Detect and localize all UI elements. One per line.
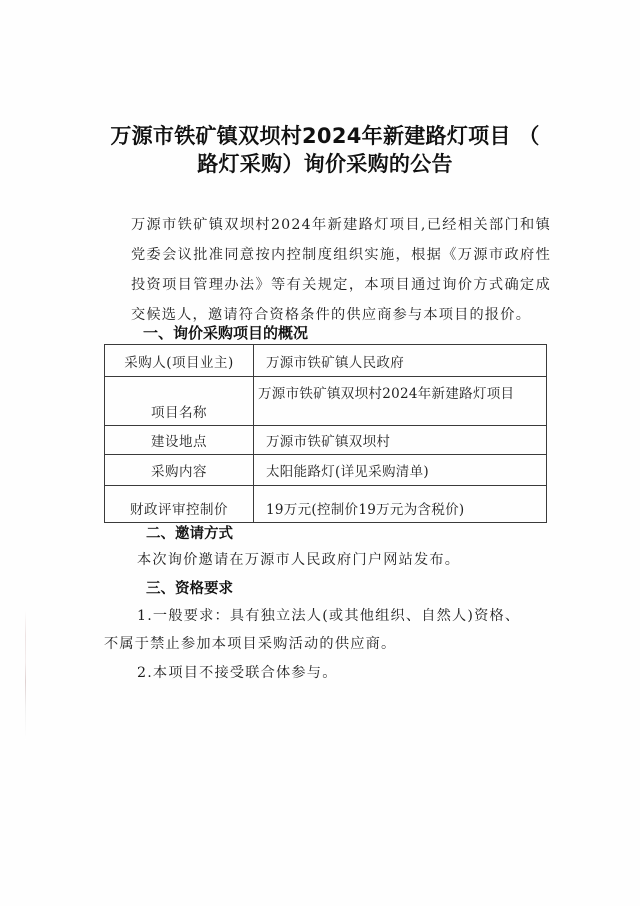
table-row: 项目名称 万源市铁矿镇双坝村2024年新建路灯项目 bbox=[105, 377, 547, 426]
table-value-project-name: 万源市铁矿镇双坝村2024年新建路灯项目 bbox=[254, 377, 547, 426]
document-page: 万源市铁矿镇双坝村2024年新建路灯项目 （ 路灯采购）询价采购的公告 万源市铁… bbox=[0, 0, 640, 906]
document-title: 万源市铁矿镇双坝村2024年新建路灯项目 （ 路灯采购）询价采购的公告 bbox=[100, 122, 550, 178]
intro-paragraph-text: 万源市铁矿镇双坝村2024年新建路灯项目,已经相关部门和镇党委会议批准同意按内控… bbox=[103, 210, 551, 330]
table-row: 采购内容 太阳能路灯(详见采购清单) bbox=[105, 455, 547, 486]
invitation-text: 本次询价邀请在万源市人民政府门户网站发布。 bbox=[137, 549, 460, 569]
table-value-control-price: 19万元(控制价19万元为含税价) bbox=[254, 486, 547, 523]
qualification-item-2: 2.本项目不接受联合体参与。 bbox=[137, 662, 338, 682]
table-key-location: 建设地点 bbox=[105, 426, 254, 455]
table-key-content: 采购内容 bbox=[105, 455, 254, 486]
table-value-location: 万源市铁矿镇双坝村 bbox=[254, 426, 547, 455]
table-value-purchaser: 万源市铁矿镇人民政府 bbox=[254, 345, 547, 377]
table-row: 采购人(项目业主) 万源市铁矿镇人民政府 bbox=[105, 345, 547, 377]
table-row: 财政评审控制价 19万元(控制价19万元为含税价) bbox=[105, 486, 547, 523]
section-heading-qualification: 三、资格要求 bbox=[146, 577, 233, 598]
table-key-project-name: 项目名称 bbox=[105, 377, 254, 426]
title-line-1: 万源市铁矿镇双坝村2024年新建路灯项目 （ bbox=[100, 122, 550, 150]
intro-paragraph: 万源市铁矿镇双坝村2024年新建路灯项目,已经相关部门和镇党委会议批准同意按内控… bbox=[103, 210, 551, 330]
title-line-2: 路灯采购）询价采购的公告 bbox=[100, 150, 550, 178]
scan-artifact bbox=[25, 610, 26, 740]
table-key-control-price: 财政评审控制价 bbox=[105, 486, 254, 523]
table-row: 建设地点 万源市铁矿镇双坝村 bbox=[105, 426, 547, 455]
table-key-purchaser: 采购人(项目业主) bbox=[105, 345, 254, 377]
qualification-item-1-line-2: 不属于禁止参加本项目采购活动的供应商。 bbox=[104, 633, 396, 653]
project-overview-table: 采购人(项目业主) 万源市铁矿镇人民政府 项目名称 万源市铁矿镇双坝村2024年… bbox=[104, 344, 547, 523]
table-value-content: 太阳能路灯(详见采购清单) bbox=[254, 455, 547, 486]
qualification-item-1-line-1: 1.一般要求：具有独立法人(或其他组织、自然人)资格、 bbox=[137, 605, 520, 625]
section-heading-invitation: 二、邀请方式 bbox=[146, 522, 233, 543]
section-heading-overview: 一、询价采购项目的概况 bbox=[143, 322, 308, 343]
